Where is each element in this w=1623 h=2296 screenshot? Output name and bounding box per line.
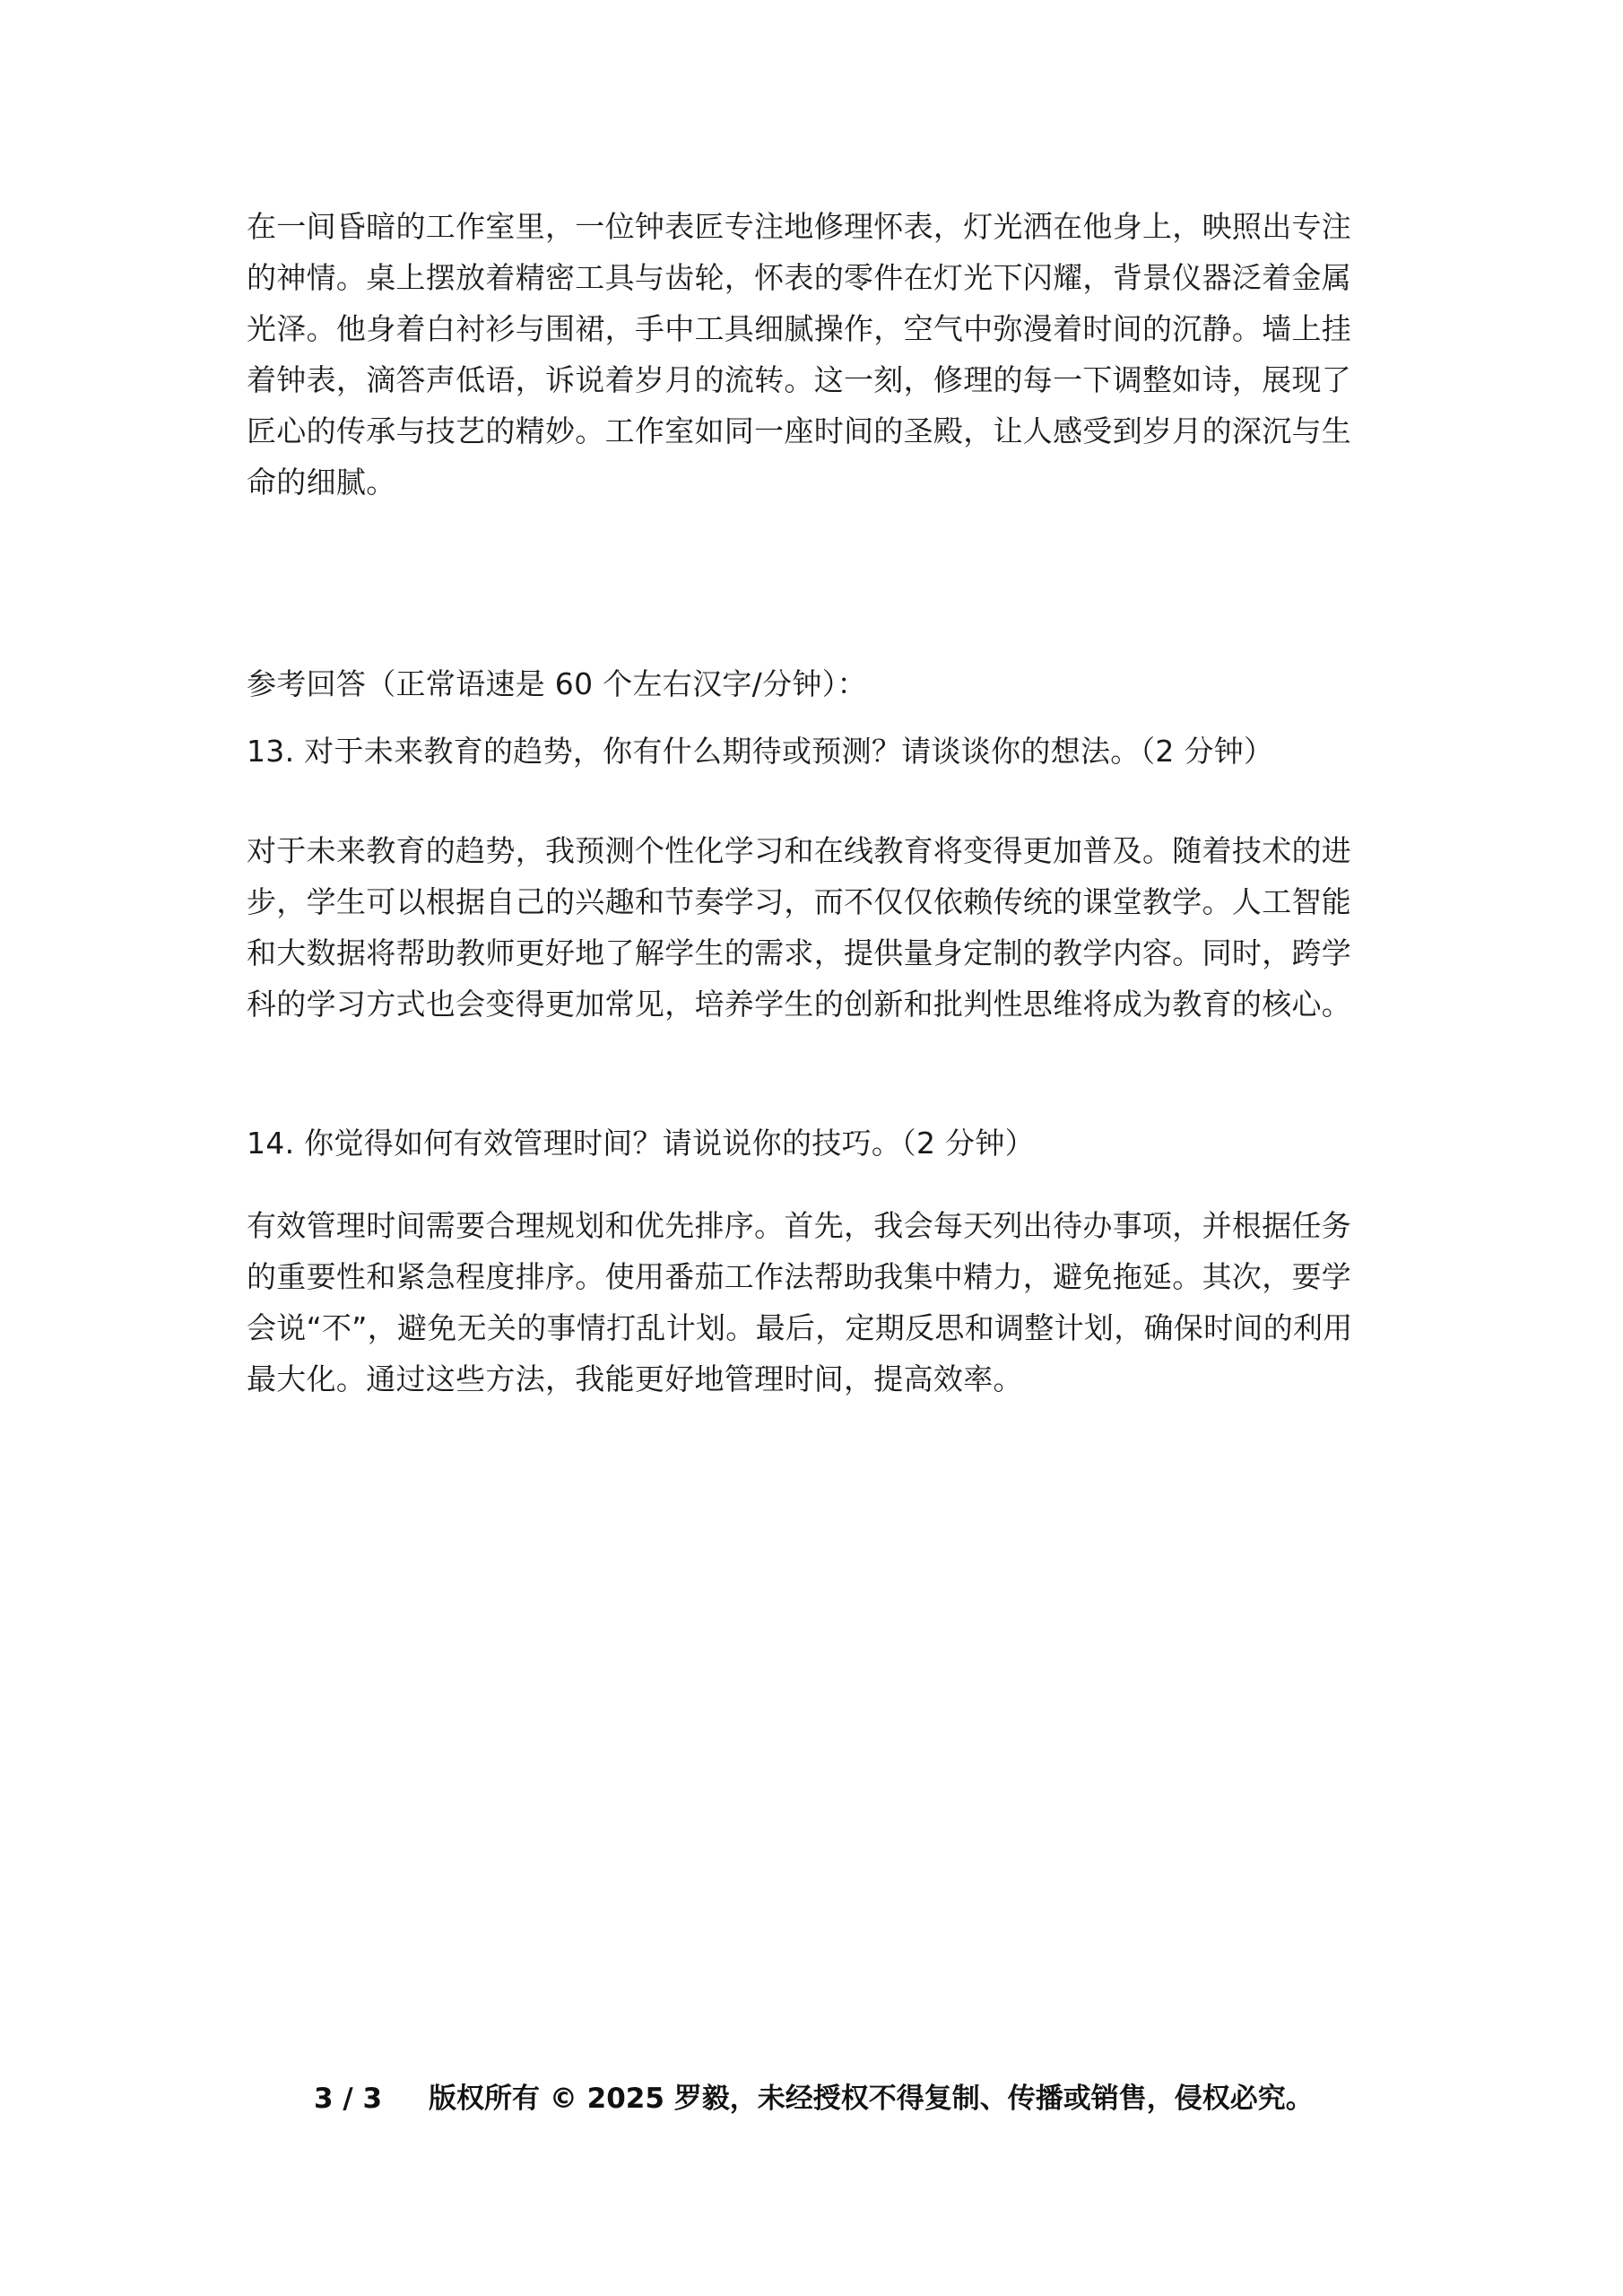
page-number: 3 / 3 (314, 2077, 382, 2120)
paragraph-line: 会说“不”，避免无关的事情打乱计划。最后，定期反思和调整计划，确保时间的利用 (247, 1302, 1363, 1353)
paragraph-line: 有效管理时间需要合理规划和优先排序。首先，我会每天列出待办事项，并根据任务 (247, 1200, 1363, 1251)
question-text: 14. 你觉得如何有效管理时间？请说说你的技巧。（2 分钟） (247, 1118, 1363, 1169)
paragraph-line: 匠心的传承与技艺的精妙。工作室如同一座时间的圣殿，让人感受到岁月的深沉与生 (247, 405, 1363, 457)
paragraph-line: 科的学习方式也会变得更加常见，培养学生的创新和批判性思维将成为教育的核心。 (247, 978, 1363, 1030)
paragraph-line: 对于未来教育的趋势，我预测个性化学习和在线教育将变得更加普及。随着技术的进 (247, 825, 1363, 876)
paragraph-line: 命的细腻。 (247, 457, 1363, 508)
page-footer: 3 / 3版权所有 © 2025 罗毅，未经授权不得复制、传播或销售，侵权必究。 (314, 2077, 1390, 2120)
answer-13-paragraph: 对于未来教育的趋势，我预测个性化学习和在线教育将变得更加普及。随着技术的进 步，… (247, 825, 1363, 1030)
answer-14-paragraph: 有效管理时间需要合理规划和优先排序。首先，我会每天列出待办事项，并根据任务 的重… (247, 1200, 1363, 1405)
paragraph-line: 在一间昏暗的工作室里，一位钟表匠专注地修理怀表，灯光洒在他身上，映照出专注 (247, 201, 1363, 252)
paragraph-line: 步，学生可以根据自己的兴趣和节奏学习，而不仅仅依赖传统的课堂教学。人工智能 (247, 876, 1363, 927)
copyright-notice: 版权所有 © 2025 罗毅，未经授权不得复制、传播或销售，侵权必究。 (429, 2083, 1314, 2115)
scene-description-paragraph: 在一间昏暗的工作室里，一位钟表匠专注地修理怀表，灯光洒在他身上，映照出专注 的神… (247, 201, 1363, 508)
paragraph-line: 和大数据将帮助教师更好地了解学生的需求，提供量身定制的教学内容。同时，跨学 (247, 927, 1363, 978)
document-page: 在一间昏暗的工作室里，一位钟表匠专注地修理怀表，灯光洒在他身上，映照出专注 的神… (0, 0, 1623, 2296)
paragraph-line: 光泽。他身着白衬衫与围裙，手中工具细腻操作，空气中弥漫着时间的沉静。墙上挂 (247, 303, 1363, 354)
paragraph-line: 的神情。桌上摆放着精密工具与齿轮，怀表的零件在灯光下闪耀，背景仪器泛着金属 (247, 252, 1363, 303)
reference-answer-heading: 参考回答（正常语速是 60 个左右汉字/分钟）： (247, 658, 1363, 709)
heading-text: 参考回答（正常语速是 60 个左右汉字/分钟）： (247, 658, 1363, 709)
question-13: 13. 对于未来教育的趋势，你有什么期待或预测？请谈谈你的想法。（2 分钟） (247, 726, 1363, 777)
question-text: 13. 对于未来教育的趋势，你有什么期待或预测？请谈谈你的想法。（2 分钟） (247, 726, 1363, 777)
paragraph-line: 最大化。通过这些方法，我能更好地管理时间，提高效率。 (247, 1353, 1363, 1405)
paragraph-line: 着钟表，滴答声低语，诉说着岁月的流转。这一刻，修理的每一下调整如诗，展现了 (247, 354, 1363, 405)
paragraph-line: 的重要性和紧急程度排序。使用番茄工作法帮助我集中精力，避免拖延。其次，要学 (247, 1251, 1363, 1302)
question-14: 14. 你觉得如何有效管理时间？请说说你的技巧。（2 分钟） (247, 1118, 1363, 1169)
